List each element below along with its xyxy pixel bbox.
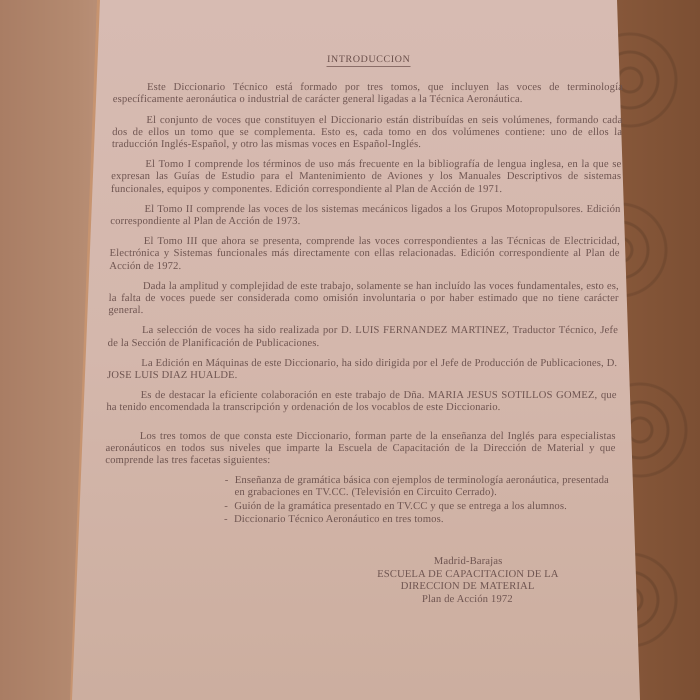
facet-item: Diccionario Técnico Aeronáutico en tres …	[224, 514, 614, 526]
facets-list: Enseñanza de gramática básica con ejempl…	[104, 475, 615, 526]
paragraph-facets-intro: Los tres tomos de que consta este Diccio…	[105, 431, 616, 468]
signature-plan: Plan de Acción 1972	[322, 594, 612, 607]
paragraph-scope: Dada la amplitud y complejidad de este t…	[108, 281, 619, 318]
page-content: INTRODUCCION Este Diccionario Técnico es…	[102, 54, 624, 606]
paragraph-selection: La selección de voces ha sido realizada …	[108, 325, 619, 349]
paragraph-edition: La Edición en Máquinas de este Diccionar…	[107, 358, 618, 382]
signature-institution-2: DIRECCION DE MATERIAL	[322, 581, 612, 594]
signature-institution-1: ESCUELA DE CAPACITACION DE LA	[323, 569, 613, 582]
paragraph-volumes: El conjunto de voces que constituyen el …	[112, 115, 623, 152]
page-title: INTRODUCCION	[114, 54, 624, 66]
paragraph-intro: Este Diccionario Técnico está formado po…	[113, 82, 624, 106]
paragraph-collaboration: Es de destacar la eficiente colaboración…	[106, 390, 617, 414]
paragraph-tomo-1: El Tomo I comprende los términos de uso …	[111, 159, 622, 196]
paragraph-tomo-3: El Tomo III que ahora se presenta, compr…	[109, 236, 620, 273]
signature-block: Madrid-Barajas ESCUELA DE CAPACITACION D…	[322, 556, 613, 606]
title-text: INTRODUCCION	[327, 54, 411, 67]
facet-item: Enseñanza de gramática básica con ejempl…	[224, 475, 615, 499]
signature-place: Madrid-Barajas	[323, 556, 613, 569]
paragraph-tomo-2: El Tomo II comprende las voces de los si…	[110, 204, 621, 228]
facet-item: Guión de la gramática presentado en TV.C…	[224, 501, 614, 513]
